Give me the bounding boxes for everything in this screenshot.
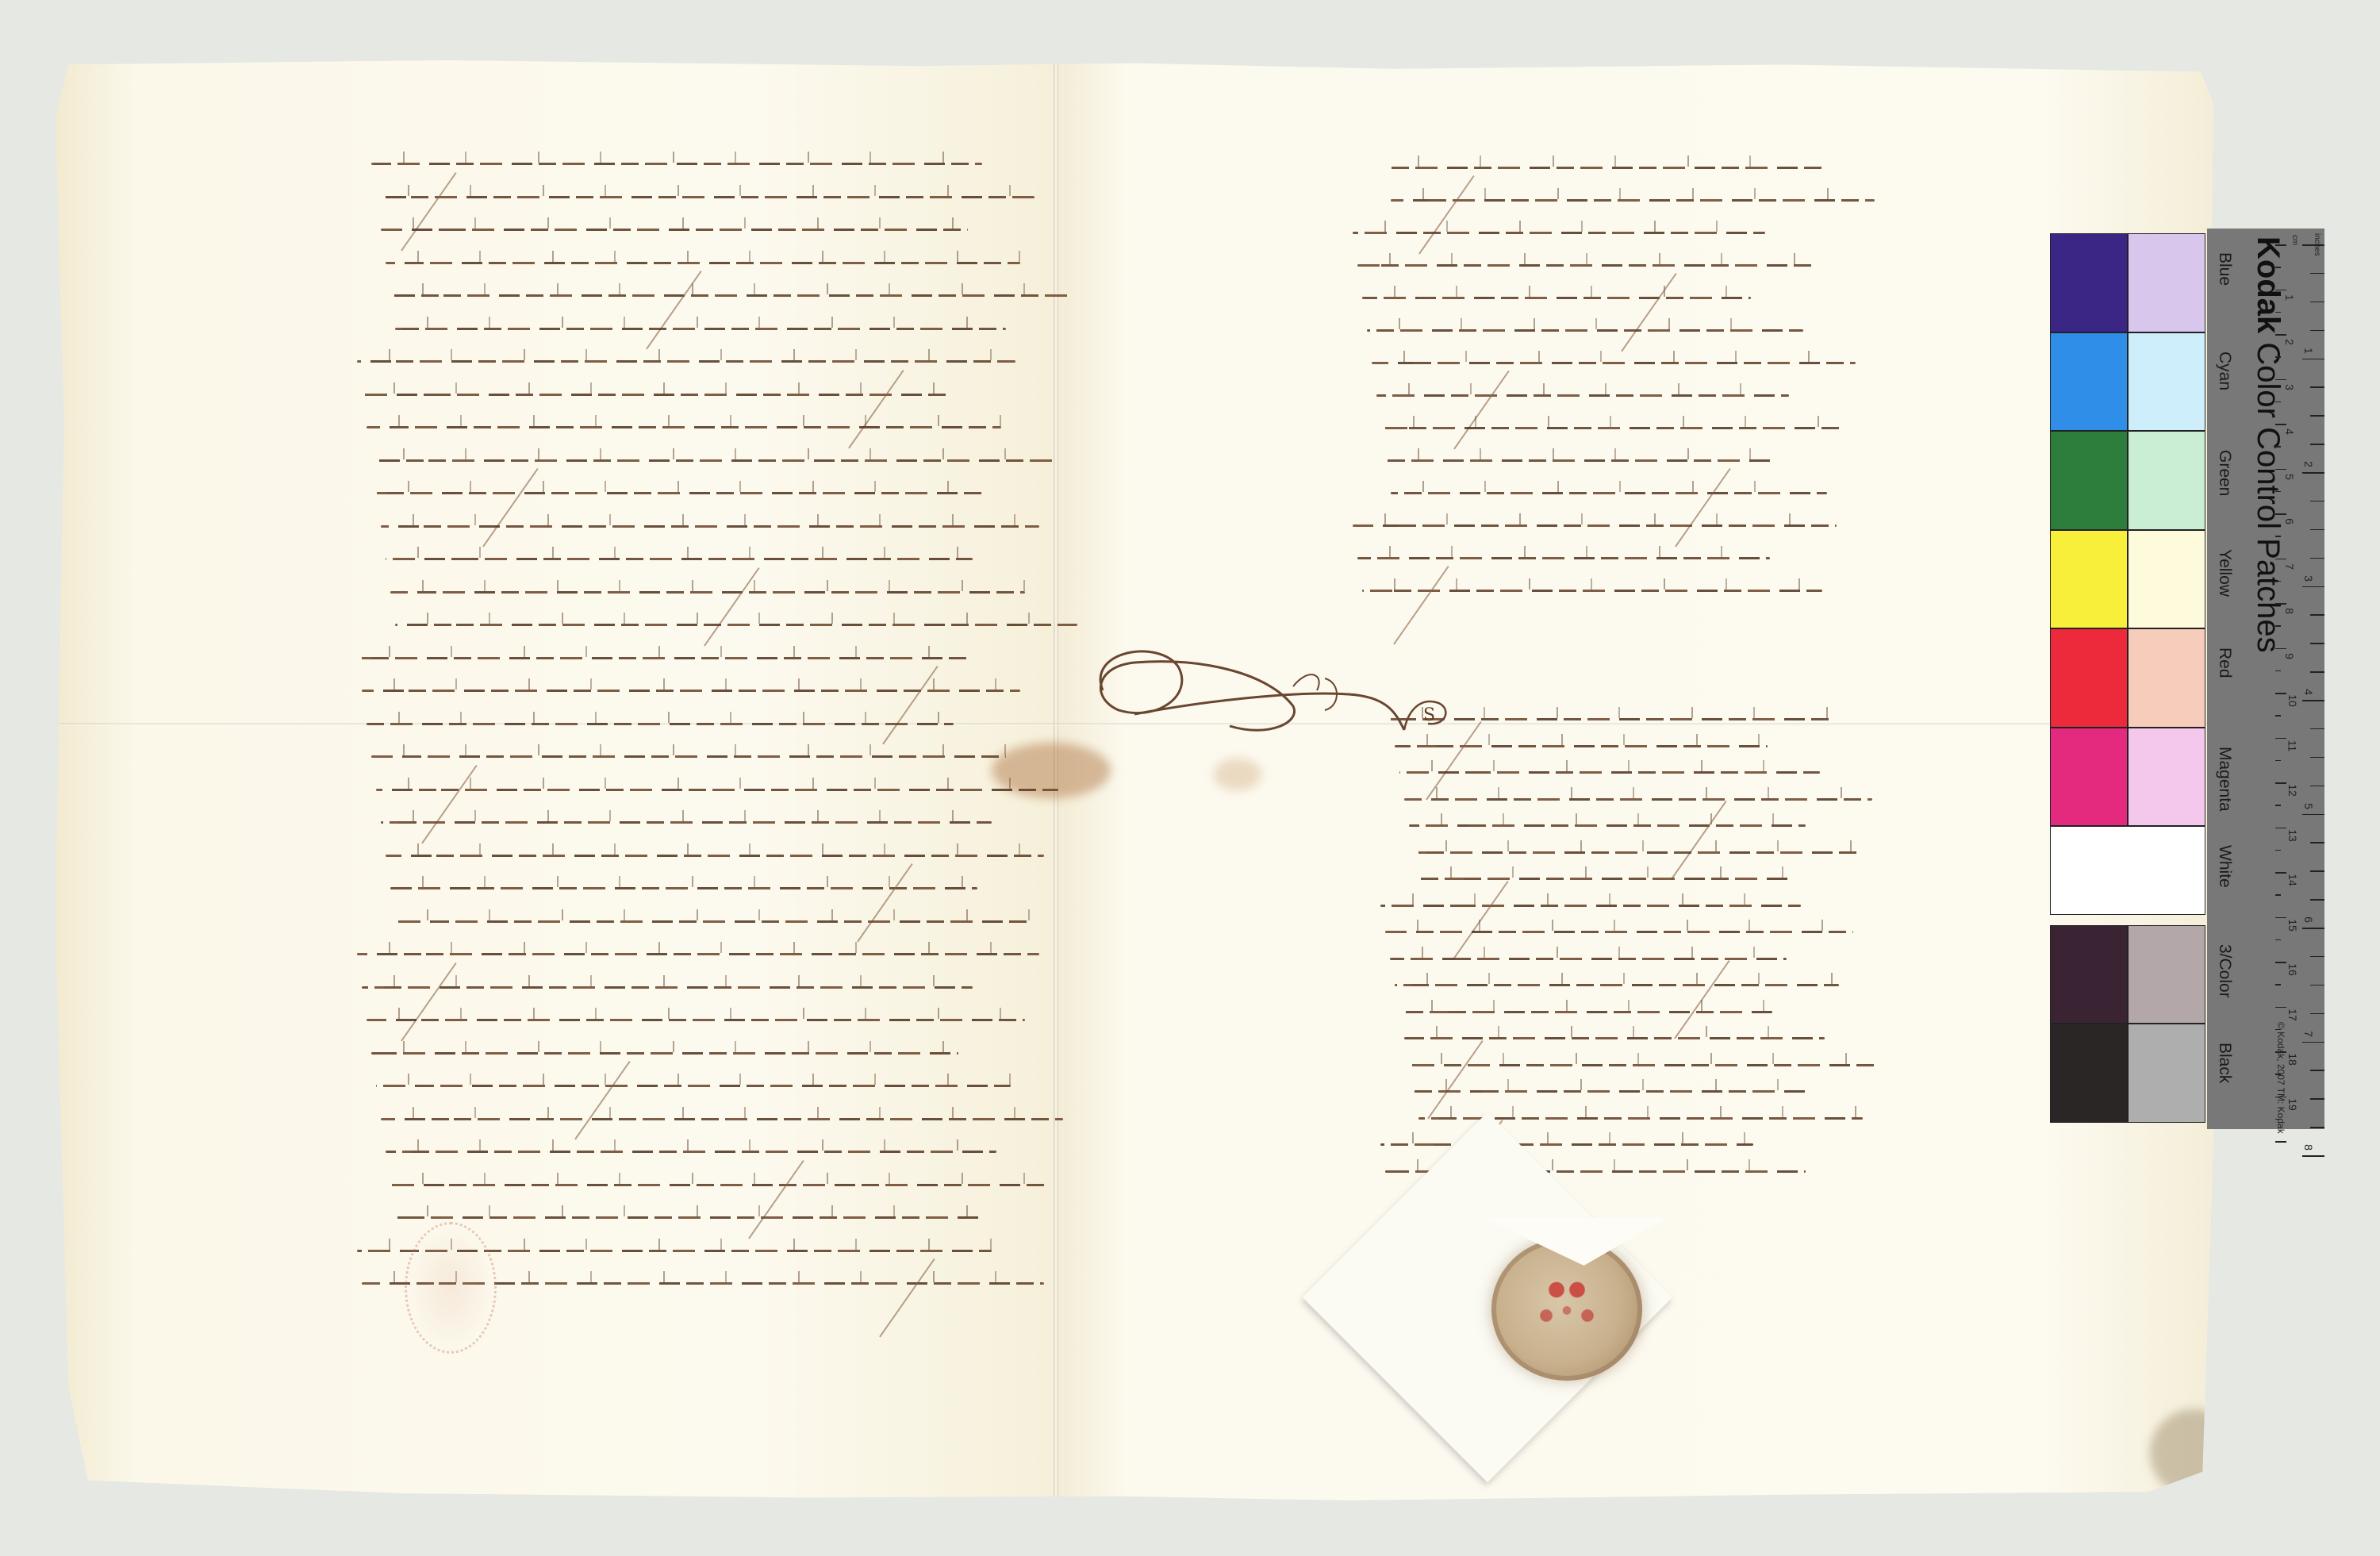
handwritten-line bbox=[395, 328, 1006, 330]
handwritten-line bbox=[1399, 1011, 1772, 1013]
patch-3-color-light bbox=[2128, 925, 2205, 1024]
inch-tick bbox=[2310, 1127, 2324, 1128]
patch-cyan-light bbox=[2128, 332, 2205, 432]
patch-yellow-light bbox=[2128, 530, 2205, 629]
handwritten-line bbox=[390, 887, 977, 889]
cm-mark: 8 bbox=[2283, 608, 2296, 614]
handwritten-line bbox=[1385, 931, 1853, 933]
cm-tick bbox=[2275, 469, 2286, 471]
inch-tick bbox=[2302, 1155, 2324, 1157]
ruler-unit-cm: cm bbox=[2290, 235, 2299, 245]
cm-tick bbox=[2275, 312, 2281, 313]
handwritten-line bbox=[362, 986, 973, 989]
patch-blue-light bbox=[2128, 233, 2205, 332]
patch-label: Red bbox=[2215, 647, 2234, 678]
patch-black-dark bbox=[2050, 1024, 2128, 1123]
patch-label: 3/Color bbox=[2215, 944, 2234, 998]
patch-blue-dark bbox=[2050, 233, 2128, 332]
cm-mark: 5 bbox=[2283, 474, 2296, 480]
handwritten-line bbox=[386, 1151, 996, 1153]
patch-label: Black bbox=[2215, 1043, 2234, 1083]
cm-tick bbox=[2275, 872, 2286, 874]
handwritten-line bbox=[381, 229, 968, 231]
cm-mark: 11 bbox=[2286, 740, 2298, 751]
inch-mark: 2 bbox=[2302, 461, 2315, 467]
cm-tick bbox=[2275, 760, 2281, 762]
inch-tick bbox=[2302, 586, 2324, 588]
handwritten-line bbox=[371, 163, 982, 165]
handwritten-line bbox=[1414, 851, 1858, 854]
handwritten-line bbox=[376, 789, 1058, 791]
handwritten-line bbox=[1357, 264, 1818, 267]
handwritten-line bbox=[371, 755, 1006, 758]
cm-tick bbox=[2275, 334, 2286, 336]
patch-label: Blue bbox=[2215, 252, 2234, 286]
cm-mark: 4 bbox=[2283, 428, 2296, 435]
inch-tick bbox=[2310, 302, 2324, 303]
cm-tick bbox=[2275, 536, 2281, 537]
handwritten-line bbox=[367, 426, 1001, 428]
inch-mark: 1 bbox=[2302, 348, 2315, 354]
handwritten-line bbox=[1391, 492, 1827, 494]
cm-tick bbox=[2275, 962, 2286, 963]
handwritten-line bbox=[1353, 524, 1837, 527]
inch-tick bbox=[2310, 614, 2324, 616]
handwritten-line bbox=[376, 196, 1035, 198]
cm-mark: 13 bbox=[2286, 829, 2299, 842]
handwritten-line bbox=[1391, 199, 1875, 202]
cm-mark: 3 bbox=[2283, 384, 2296, 390]
patch-label: Yellow bbox=[2215, 549, 2234, 597]
cm-tick bbox=[2275, 625, 2281, 627]
handwritten-line bbox=[1409, 824, 1806, 827]
inch-tick bbox=[2310, 529, 2324, 531]
handwritten-line bbox=[1404, 1037, 1825, 1039]
cm-mark: 14 bbox=[2286, 874, 2299, 886]
cm-mark: 6 bbox=[2283, 518, 2296, 524]
inch-tick bbox=[2310, 786, 2324, 787]
cm-mark: 10 bbox=[2286, 694, 2299, 707]
inch-tick bbox=[2310, 415, 2324, 417]
handwritten-line bbox=[1380, 905, 1801, 907]
cm-tick bbox=[2275, 559, 2286, 560]
inch-tick bbox=[2310, 842, 2324, 843]
cm-tick bbox=[2275, 670, 2281, 672]
inch-tick bbox=[2310, 985, 2324, 986]
inch-tick bbox=[2302, 359, 2324, 360]
inch-mark: 6 bbox=[2302, 916, 2315, 923]
handwritten-line bbox=[1376, 394, 1789, 397]
cm-mark: 17 bbox=[2286, 1009, 2299, 1021]
patch-label: Green bbox=[2215, 450, 2234, 496]
calligraphic-flourish: S bbox=[1087, 635, 1484, 778]
cm-tick bbox=[2275, 828, 2286, 829]
inch-tick bbox=[2310, 870, 2324, 872]
inch-tick bbox=[2310, 671, 2324, 673]
handwritten-line bbox=[395, 1216, 982, 1219]
inch-tick bbox=[2310, 956, 2324, 958]
cm-tick bbox=[2275, 379, 2286, 381]
corner-stain bbox=[2150, 1409, 2237, 1496]
patch-label: White bbox=[2215, 845, 2234, 888]
handwritten-line bbox=[367, 723, 954, 725]
patch-cyan-dark bbox=[2050, 332, 2128, 432]
cm-tick bbox=[2275, 244, 2286, 246]
cm-tick bbox=[2275, 290, 2286, 291]
inch-tick bbox=[2310, 1098, 2324, 1100]
handwritten-line bbox=[381, 821, 992, 824]
handwritten-line bbox=[357, 657, 968, 659]
cm-tick bbox=[2275, 984, 2281, 985]
cm-tick bbox=[2275, 1074, 2281, 1075]
handwritten-line bbox=[1367, 329, 1803, 332]
patch-label: Magenta bbox=[2215, 747, 2234, 812]
cm-tick bbox=[2275, 1029, 2281, 1031]
cm-tick bbox=[2275, 715, 2281, 717]
cm-mark: 19 bbox=[2286, 1098, 2299, 1111]
handwritten-line bbox=[390, 591, 1025, 594]
handwritten-line bbox=[386, 262, 1020, 264]
handwritten-line bbox=[395, 920, 1030, 923]
cm-mark: 9 bbox=[2283, 653, 2296, 659]
wax-seal bbox=[1491, 1238, 1642, 1381]
inch-tick bbox=[2302, 928, 2324, 929]
patch-red-dark bbox=[2050, 628, 2128, 728]
cm-mark: 7 bbox=[2283, 563, 2296, 570]
cm-tick bbox=[2275, 1007, 2286, 1009]
handwritten-line bbox=[1418, 878, 1791, 880]
handwritten-line bbox=[1362, 297, 1751, 299]
handwritten-line bbox=[390, 294, 1073, 297]
handwritten-line bbox=[1386, 167, 1822, 169]
handwritten-line bbox=[371, 459, 1054, 462]
ruler-unit-inches: inches bbox=[2313, 233, 2321, 256]
cm-tick bbox=[2275, 603, 2286, 605]
cm-mark: 2 bbox=[2283, 339, 2296, 345]
handwritten-line bbox=[395, 624, 1077, 626]
handwritten-line bbox=[1381, 427, 1841, 429]
cm-tick bbox=[2275, 894, 2281, 896]
cm-tick bbox=[2275, 738, 2286, 740]
cm-tick bbox=[2275, 446, 2281, 448]
cm-tick bbox=[2275, 693, 2286, 694]
seal-bleed-through bbox=[405, 1222, 497, 1354]
handwritten-line bbox=[357, 953, 1039, 955]
inch-tick bbox=[2310, 899, 2324, 901]
cm-tick bbox=[2275, 1119, 2281, 1120]
inch-tick bbox=[2302, 1042, 2324, 1043]
inch-tick bbox=[2310, 643, 2324, 644]
inch-mark: 7 bbox=[2302, 1031, 2315, 1037]
inch-tick bbox=[2310, 273, 2324, 275]
cm-mark: 1 bbox=[2283, 294, 2296, 301]
flourish-initial: S bbox=[1423, 705, 1435, 725]
cm-tick bbox=[2275, 491, 2281, 493]
handwritten-line bbox=[1404, 798, 1872, 801]
handwritten-line bbox=[1414, 1090, 1810, 1093]
cm-tick bbox=[2275, 850, 2281, 851]
handwritten-line bbox=[1390, 958, 1787, 960]
handwritten-line bbox=[376, 1085, 1011, 1087]
patch-green-light bbox=[2128, 431, 2205, 530]
cm-tick bbox=[2275, 401, 2281, 403]
handwritten-line bbox=[376, 492, 987, 494]
inch-mark: 8 bbox=[2302, 1144, 2315, 1151]
patch-label: Cyan bbox=[2215, 352, 2234, 390]
cm-tick bbox=[2275, 356, 2281, 358]
handwritten-line bbox=[381, 525, 1039, 528]
cm-tick bbox=[2275, 581, 2281, 582]
handwritten-line bbox=[371, 1052, 958, 1055]
handwritten-line bbox=[1395, 984, 1839, 986]
inch-tick bbox=[2310, 558, 2324, 559]
kodak-color-control-strip: Kodak Color Control Patches © Kodak, 200… bbox=[2045, 229, 2324, 1129]
handwritten-line bbox=[1409, 1064, 1877, 1066]
patch-white bbox=[2050, 826, 2205, 915]
cm-tick bbox=[2275, 939, 2281, 941]
handwritten-line bbox=[357, 360, 1015, 363]
inch-tick bbox=[2310, 444, 2324, 445]
handwritten-line bbox=[1353, 232, 1765, 234]
inch-mark: 4 bbox=[2302, 689, 2315, 695]
handwritten-line bbox=[1357, 557, 1770, 559]
inch-tick bbox=[2302, 814, 2324, 816]
cm-tick bbox=[2275, 1097, 2286, 1098]
cm-mark: 12 bbox=[2286, 784, 2299, 797]
patch-yellow-dark bbox=[2050, 530, 2128, 629]
inch-tick bbox=[2302, 700, 2324, 701]
handwritten-line bbox=[362, 394, 949, 396]
patch-green-dark bbox=[2050, 431, 2128, 530]
handwritten-line bbox=[1380, 1143, 1753, 1146]
cm-mark: 16 bbox=[2286, 963, 2299, 976]
cm-tick bbox=[2275, 648, 2286, 650]
cm-mark: 15 bbox=[2286, 919, 2299, 932]
patch-red-light bbox=[2128, 628, 2205, 728]
patch-3-color-dark bbox=[2050, 925, 2128, 1024]
patch-magenta-dark bbox=[2050, 728, 2128, 827]
inch-tick bbox=[2310, 386, 2324, 388]
patch-black-light bbox=[2128, 1024, 2205, 1123]
inch-tick bbox=[2310, 1013, 2324, 1015]
measurement-ruler: 1234567891011121314151617181912345678inc… bbox=[2275, 229, 2324, 1129]
handwritten-line bbox=[390, 1184, 1049, 1186]
inch-mark: 5 bbox=[2302, 803, 2315, 809]
inch-tick bbox=[2310, 330, 2324, 332]
inch-tick bbox=[2310, 757, 2324, 759]
inch-mark: 3 bbox=[2302, 575, 2315, 582]
cm-mark: 18 bbox=[2286, 1053, 2299, 1066]
handwritten-line bbox=[386, 558, 973, 560]
patch-magenta-light bbox=[2128, 728, 2205, 827]
inch-tick bbox=[2310, 501, 2324, 502]
cm-tick bbox=[2275, 805, 2281, 806]
handwritten-line bbox=[381, 1118, 1063, 1120]
handwritten-line bbox=[1372, 362, 1856, 364]
cm-tick bbox=[2275, 513, 2286, 515]
cm-tick bbox=[2275, 424, 2286, 425]
cm-tick bbox=[2275, 1051, 2286, 1053]
cm-tick bbox=[2275, 267, 2281, 268]
handwritten-line bbox=[1386, 459, 1775, 462]
inch-tick bbox=[2310, 1070, 2324, 1071]
inch-tick bbox=[2302, 472, 2324, 474]
cm-tick bbox=[2275, 917, 2286, 919]
cm-tick bbox=[2275, 1141, 2286, 1143]
cm-tick bbox=[2275, 782, 2286, 784]
handwritten-line bbox=[367, 1019, 1025, 1021]
handwritten-line bbox=[386, 855, 1044, 857]
inch-tick bbox=[2310, 728, 2324, 730]
